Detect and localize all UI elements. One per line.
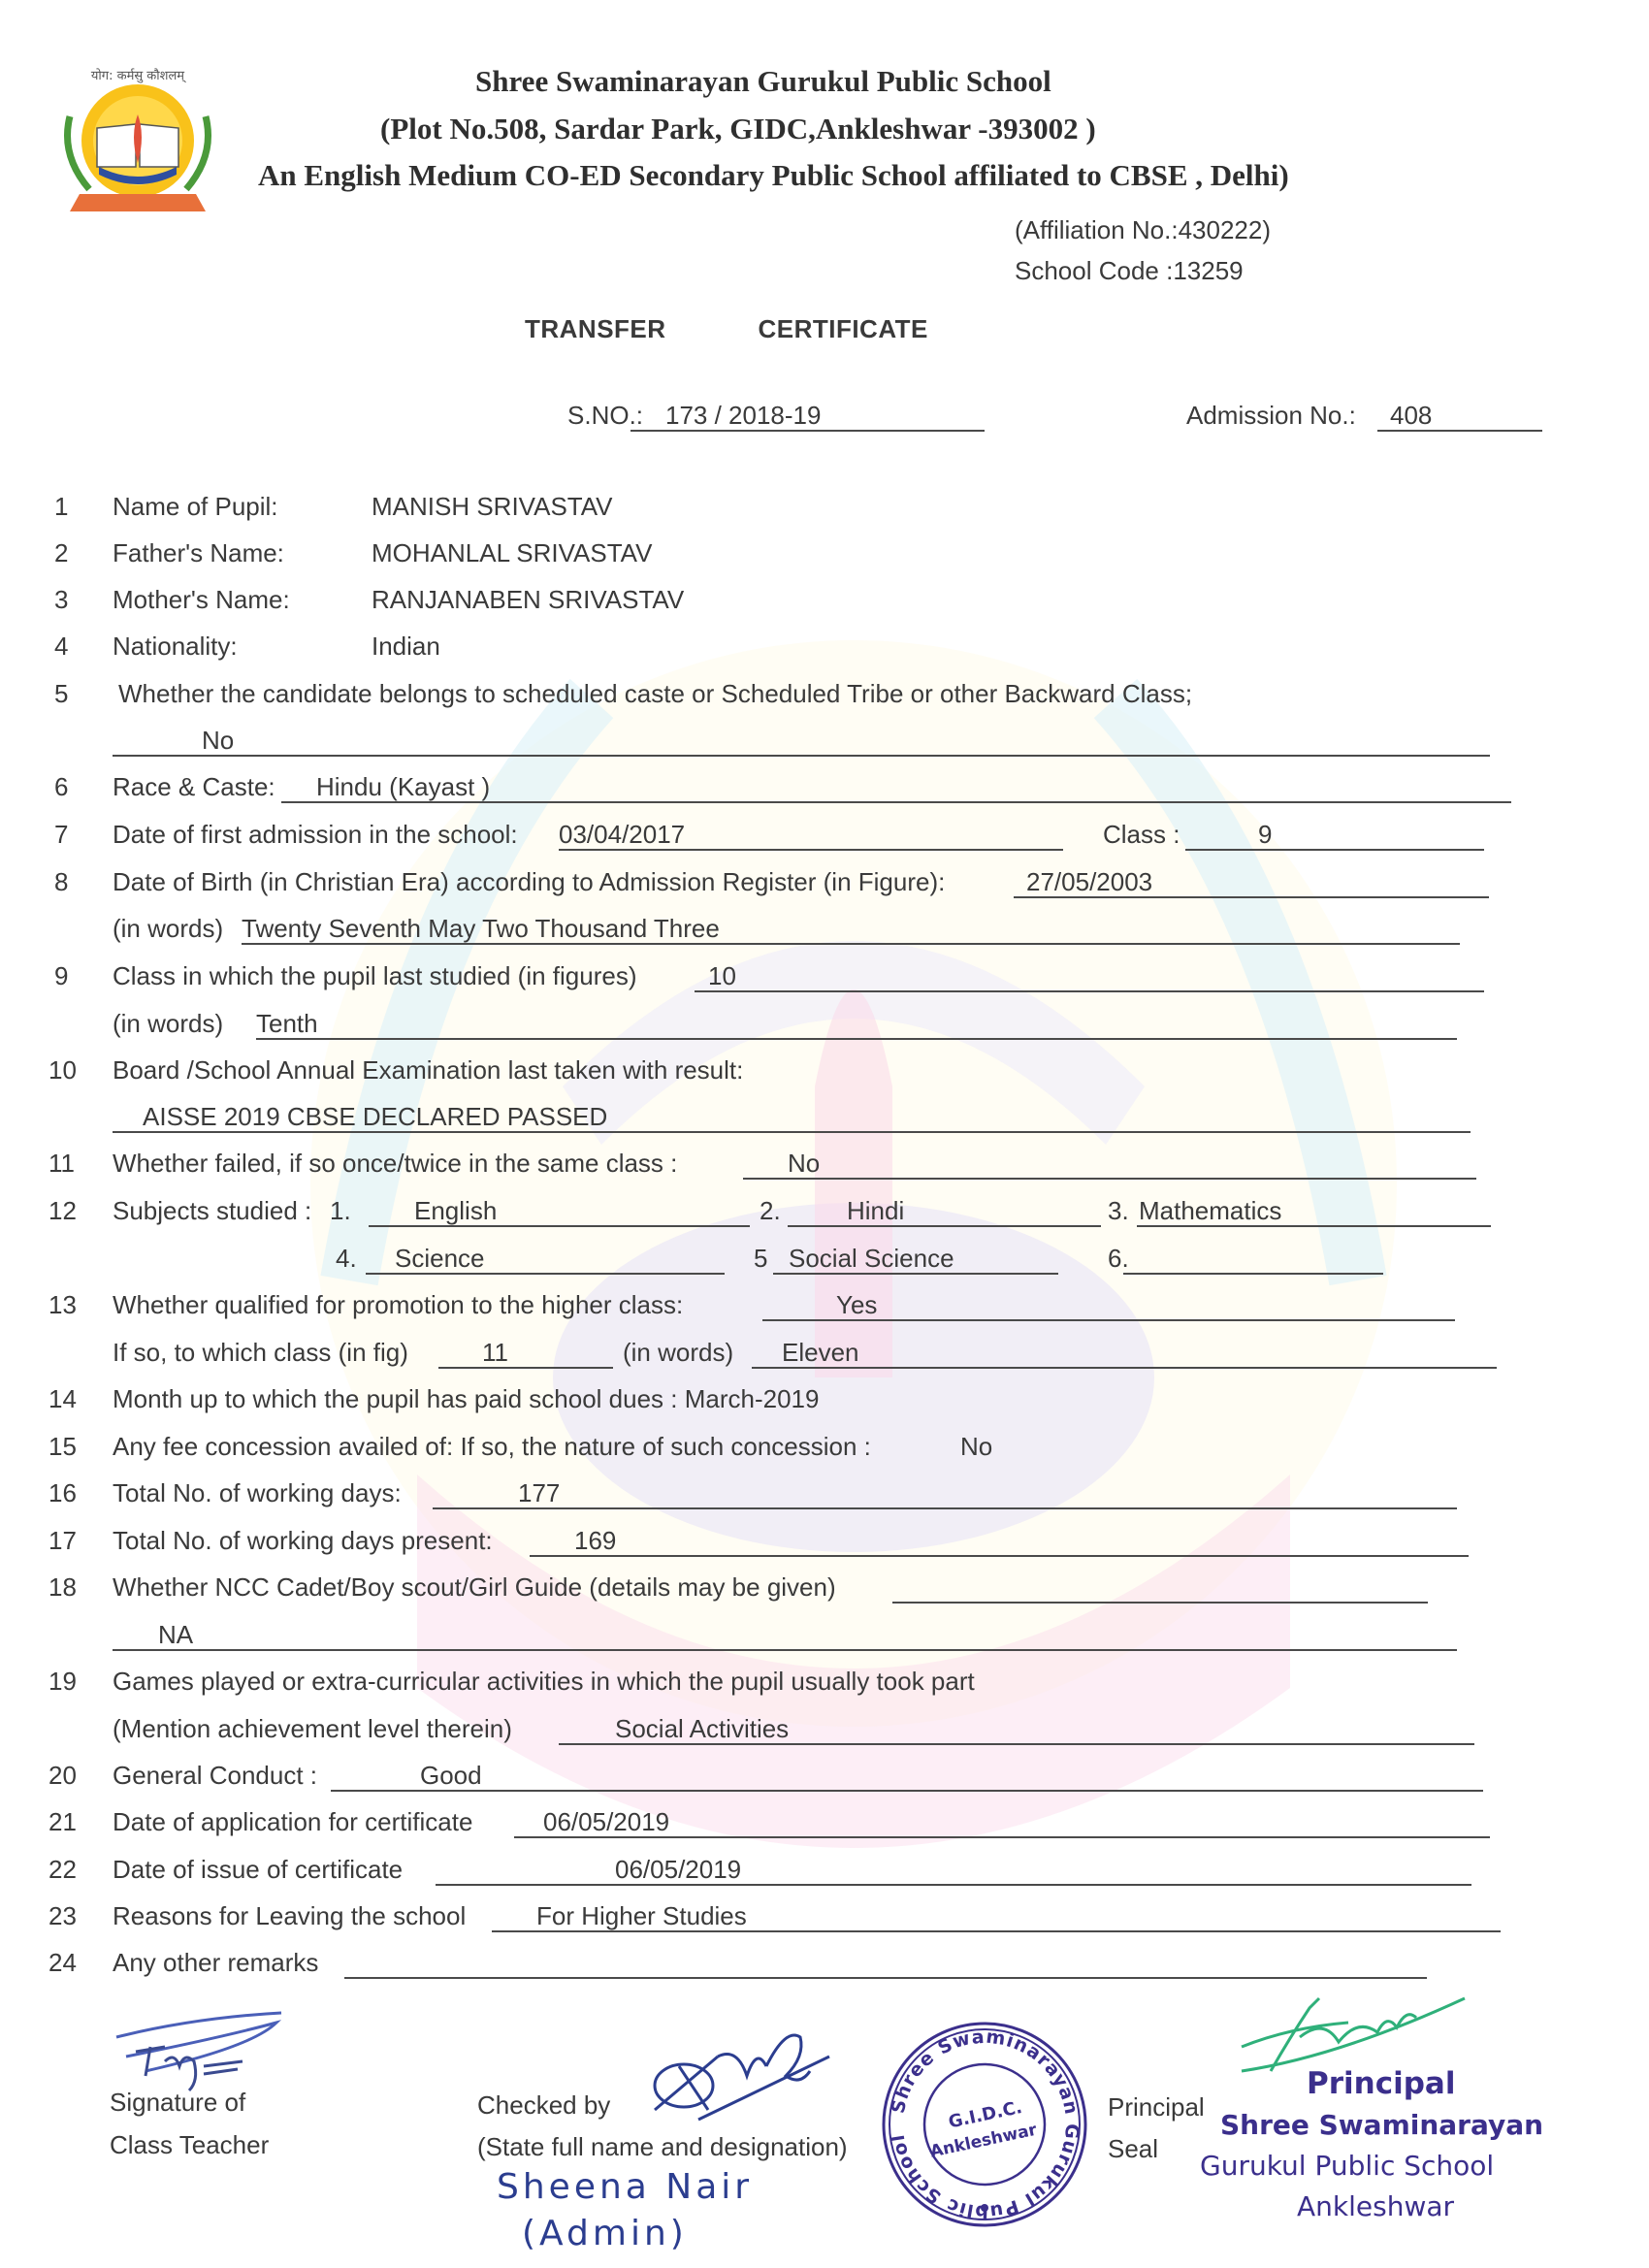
field-label-nationality: Nationality: <box>113 632 238 662</box>
field-line <box>514 1836 1490 1838</box>
field-line <box>559 1743 1474 1745</box>
field-line <box>695 990 1484 992</box>
class-teacher-signature <box>107 2008 301 2095</box>
field-line <box>752 1367 1497 1369</box>
field-label-fee-concession: Any fee concession availed of: If so, th… <box>113 1432 871 1462</box>
field-number: 22 <box>48 1855 77 1885</box>
field-number: 14 <box>48 1384 77 1414</box>
promotion-value: Yes <box>836 1290 877 1320</box>
school-description: An English Medium CO-ED Secondary Public… <box>258 158 1289 193</box>
field-line <box>369 1225 750 1227</box>
admission-label: Admission No.: <box>1186 401 1356 431</box>
field-label-next-class: If so, to which class (in fig) <box>113 1338 408 1368</box>
school-code: School Code :13259 <box>1015 256 1244 286</box>
field-label-promotion: Whether qualified for promotion to the h… <box>113 1290 683 1320</box>
field-number: 4 <box>54 632 68 662</box>
field-label-ncc: Whether NCC Cadet/Boy scout/Girl Guide (… <box>113 1572 836 1603</box>
next-class-words-value: Eleven <box>782 1338 859 1368</box>
principal-seal-label: Principal <box>1108 2092 1205 2122</box>
field-line <box>559 849 1063 851</box>
caste-category-value: No <box>202 726 234 756</box>
field-line <box>530 1555 1469 1557</box>
application-date-value: 06/05/2019 <box>543 1807 669 1837</box>
subject-number: 6. <box>1108 1244 1129 1274</box>
subject-number: 3. <box>1108 1196 1129 1226</box>
field-number: 18 <box>48 1572 77 1603</box>
field-line <box>113 755 1490 757</box>
field-line <box>113 1131 1471 1133</box>
svg-text:योग: कर्मसु कौशलम्: योग: कर्मसु कौशलम् <box>91 68 186 83</box>
school-name: Shree Swaminarayan Gurukul Public School <box>475 64 1051 99</box>
field-number: 7 <box>54 820 68 850</box>
school-address: (Plot No.508, Sardar Park, GIDC,Ankleshw… <box>380 112 1096 146</box>
field-label-exam-result: Board /School Annual Examination last ta… <box>113 1055 743 1085</box>
field-line <box>366 1273 725 1275</box>
field-line <box>1137 1225 1491 1227</box>
issue-date-value: 06/05/2019 <box>615 1855 741 1885</box>
exam-result-value: AISSE 2019 CBSE DECLARED PASSED <box>143 1102 607 1132</box>
dob-words-value: Twenty Seventh May Two Thousand Three <box>242 914 720 944</box>
document-title: TRANSFER CERTIFICATE <box>525 314 928 344</box>
field-number: 23 <box>48 1901 77 1931</box>
subject-1-value: English <box>414 1196 497 1226</box>
dob-value: 27/05/2003 <box>1026 867 1152 897</box>
race-caste-value: Hindu (Kayast ) <box>316 772 490 802</box>
field-label-caste-category: Whether the candidate belongs to schedul… <box>118 679 1192 709</box>
field-label-dob: Date of Birth (in Christian Era) accordi… <box>113 867 945 897</box>
checked-by-designation: (Admin) <box>522 2214 688 2253</box>
field-label-remarks: Any other remarks <box>113 1948 318 1978</box>
field-label-days-present: Total No. of working days present: <box>113 1526 493 1556</box>
field-label-achievement: (Mention achievement level therein) <box>113 1714 512 1744</box>
principal-stamp-line: Gurukul Public School <box>1200 2150 1494 2182</box>
field-label-issue-date: Date of issue of certificate <box>113 1855 403 1885</box>
field-number: 1 <box>54 492 68 522</box>
subject-3-value: Mathematics <box>1139 1196 1281 1226</box>
field-line <box>492 1930 1501 1932</box>
ncc-value: NA <box>158 1620 193 1650</box>
subject-5-value: Social Science <box>789 1244 954 1274</box>
field-label-last-class: Class in which the pupil last studied (i… <box>113 961 636 991</box>
field-line <box>892 1602 1428 1604</box>
field-number: 3 <box>54 585 68 615</box>
field-line <box>762 1319 1455 1321</box>
field-line <box>344 1977 1427 1979</box>
field-label-pupil-name: Name of Pupil: <box>113 492 278 522</box>
subject-number: 2. <box>760 1196 781 1226</box>
admission-date-value: 03/04/2017 <box>559 820 685 850</box>
admission-value: 408 <box>1390 401 1432 431</box>
field-label-working-days: Total No. of working days: <box>113 1478 402 1508</box>
field-label-activities: Games played or extra-curricular activit… <box>113 1667 975 1697</box>
field-line <box>1123 1273 1383 1275</box>
field-label-failed: Whether failed, if so once/twice in the … <box>113 1149 677 1179</box>
field-line <box>436 1884 1471 1886</box>
mother-name-value: RANJANABEN SRIVASTAV <box>372 585 684 615</box>
school-emblem-icon: योग: कर्मसु कौशलम् <box>50 58 225 223</box>
field-number: 5 <box>54 679 68 709</box>
field-line <box>433 1507 1457 1509</box>
fee-concession-value: No <box>960 1432 992 1462</box>
field-line <box>1014 896 1489 898</box>
field-label-last-class-words: (in words) <box>113 1009 223 1039</box>
field-label-class: Class : <box>1103 820 1180 850</box>
working-days-value: 177 <box>518 1478 560 1508</box>
field-label-father-name: Father's Name: <box>113 538 284 568</box>
leaving-reason-value: For Higher Studies <box>536 1901 747 1931</box>
principal-stamp-line: Ankleshwar <box>1297 2190 1454 2222</box>
field-number: 9 <box>54 961 68 991</box>
field-label-mother-name: Mother's Name: <box>113 585 290 615</box>
field-number: 8 <box>54 867 68 897</box>
subject-4-value: Science <box>395 1244 485 1274</box>
field-number: 16 <box>48 1478 77 1508</box>
field-label-leaving-reason: Reasons for Leaving the school <box>113 1901 466 1931</box>
activities-value: Social Activities <box>615 1714 789 1744</box>
class-teacher-label: Class Teacher <box>110 2130 269 2160</box>
failed-value: No <box>788 1149 820 1179</box>
affiliation-number: (Affiliation No.:430222) <box>1015 215 1271 245</box>
field-line <box>1185 849 1484 851</box>
checked-by-name: Sheena Nair <box>497 2167 753 2207</box>
conduct-value: Good <box>420 1761 482 1791</box>
principal-stamp-title: Principal <box>1307 2066 1455 2101</box>
subject-number: 1. <box>330 1196 351 1226</box>
admission-line <box>1377 430 1542 432</box>
svg-text:Ankleshwar: Ankleshwar <box>928 2121 1039 2162</box>
serial-value: 173 / 2018-19 <box>665 401 821 431</box>
field-line <box>773 1273 1058 1275</box>
field-line <box>743 1178 1476 1180</box>
field-line <box>438 1367 613 1369</box>
field-number: 17 <box>48 1526 77 1556</box>
field-number: 19 <box>48 1667 77 1697</box>
field-line <box>788 1225 1101 1227</box>
school-seal-icon: Shree Swaminarayan Gurukul Public School… <box>878 2018 1091 2231</box>
field-number: 13 <box>48 1290 77 1320</box>
field-number: 6 <box>54 772 68 802</box>
field-number: 10 <box>48 1055 77 1085</box>
checked-by-signature <box>640 2018 834 2124</box>
field-line <box>256 1038 1457 1040</box>
field-number: 24 <box>48 1948 77 1978</box>
field-label-conduct: General Conduct : <box>113 1761 317 1791</box>
field-line <box>281 801 1511 803</box>
field-number: 15 <box>48 1432 77 1462</box>
serial-line <box>630 430 985 432</box>
next-class-value: 11 <box>482 1338 508 1368</box>
last-class-words-value: Tenth <box>256 1009 318 1039</box>
last-class-value: 10 <box>708 961 736 991</box>
field-line <box>113 1649 1457 1651</box>
checked-by-label: Checked by <box>477 2090 610 2121</box>
field-number: 11 <box>48 1149 75 1179</box>
days-present-value: 169 <box>574 1526 616 1556</box>
serial-label: S.NO.: <box>567 401 643 431</box>
field-line <box>242 943 1460 945</box>
subject-number: 5 <box>754 1244 767 1274</box>
checked-by-note: (State full name and designation) <box>477 2132 848 2162</box>
father-name-value: MOHANLAL SRIVASTAV <box>372 538 652 568</box>
principal-seal-label: Seal <box>1108 2134 1158 2164</box>
principal-stamp-line: Shree Swaminarayan <box>1220 2109 1543 2141</box>
field-label-admission-date: Date of first admission in the school: <box>113 820 518 850</box>
subject-2-value: Hindi <box>847 1196 904 1226</box>
field-number: 12 <box>48 1196 77 1226</box>
subject-number: 4. <box>336 1244 357 1274</box>
field-label-next-class-words: (in words) <box>623 1338 733 1368</box>
field-number: 2 <box>54 538 68 568</box>
nationality-value: Indian <box>372 632 440 662</box>
field-label-application-date: Date of application for certificate <box>113 1807 472 1837</box>
field-label-dues: Month up to which the pupil has paid sch… <box>113 1384 819 1414</box>
field-number: 21 <box>48 1807 77 1837</box>
field-label-dob-words: (in words) <box>113 914 223 944</box>
field-label-subjects: Subjects studied : <box>113 1196 311 1226</box>
pupil-name-value: MANISH SRIVASTAV <box>372 492 613 522</box>
field-label-race-caste: Race & Caste: <box>113 772 275 802</box>
field-number: 20 <box>48 1761 77 1791</box>
field-line <box>331 1790 1483 1792</box>
admission-class-value: 9 <box>1258 820 1272 850</box>
class-teacher-label: Signature of <box>110 2088 245 2118</box>
